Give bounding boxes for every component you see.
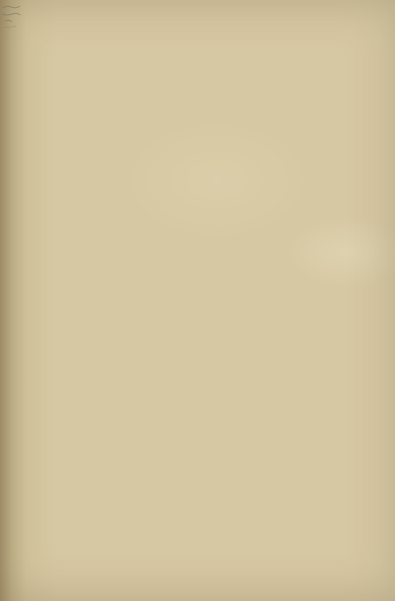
page-top-edge bbox=[0, 0, 395, 6]
book-page bbox=[0, 0, 395, 601]
screenshot-root bbox=[0, 0, 395, 601]
